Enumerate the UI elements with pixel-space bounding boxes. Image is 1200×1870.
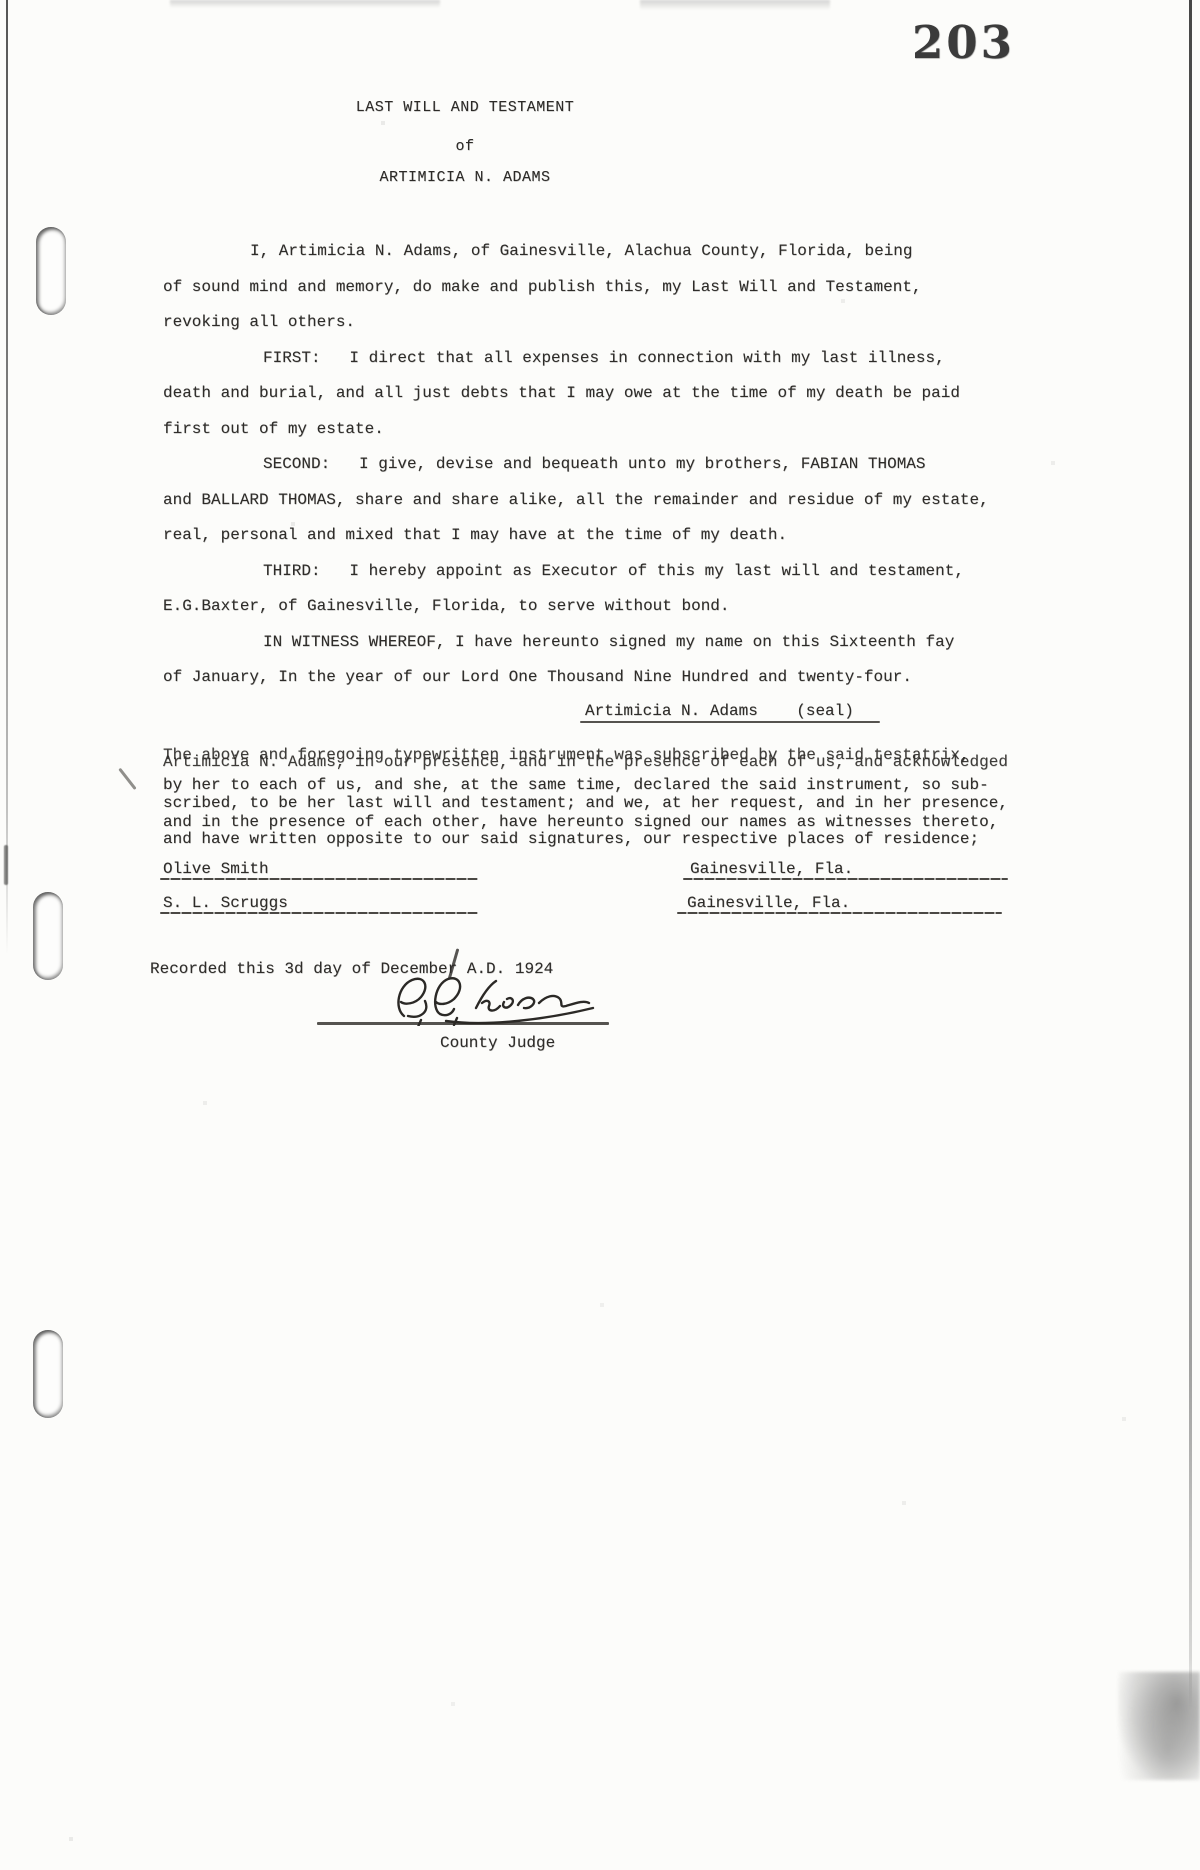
testator-signature: Artimicia N. Adams bbox=[585, 702, 758, 720]
attestation-line: by her to each of us, and she, at the sa… bbox=[163, 777, 989, 795]
will-body-line: IN WITNESS WHEREOF, I have hereunto sign… bbox=[263, 634, 954, 652]
signer-title: County Judge bbox=[440, 1035, 555, 1053]
page-edge-left-dash bbox=[4, 845, 8, 885]
witness-name-underline bbox=[160, 912, 478, 914]
will-body-line: and BALLARD THOMAS, share and share alik… bbox=[163, 492, 989, 510]
document-title: LAST WILL AND TESTAMENT bbox=[0, 99, 930, 116]
will-body-line: of sound mind and memory, do make and pu… bbox=[163, 279, 922, 297]
pen-mark bbox=[118, 768, 136, 790]
seal-label: (seal) bbox=[796, 702, 854, 720]
testator-name-title: ARTIMICIA N. ADAMS bbox=[0, 169, 930, 186]
witness-name: Olive Smith bbox=[163, 861, 269, 879]
will-body-line: of January, In the year of our Lord One … bbox=[163, 669, 912, 687]
corner-smudge bbox=[1118, 1672, 1200, 1780]
punch-hole bbox=[36, 227, 66, 315]
will-body-line: death and burial, and all just debts tha… bbox=[163, 385, 960, 403]
witness-name: S. L. Scruggs bbox=[163, 895, 288, 913]
document-title-of: of bbox=[0, 138, 930, 155]
will-body-line: first out of my estate. bbox=[163, 421, 384, 439]
will-body-line: SECOND: I give, devise and bequeath unto… bbox=[263, 456, 926, 474]
witness-residence: Gainesville, Fla. bbox=[690, 861, 853, 879]
witness-residence-underline bbox=[677, 912, 1002, 914]
testator-signature-underline bbox=[580, 721, 880, 723]
will-body-line: real, personal and mixed that I may have… bbox=[163, 527, 787, 545]
attestation-line: Artimicia N. Adams, in our presence, and… bbox=[163, 754, 1008, 772]
will-body-line: revoking all others. bbox=[163, 314, 355, 332]
witness-residence: Gainesville, Fla. bbox=[687, 895, 850, 913]
will-body-line: E.G.Baxter, of Gainesville, Florida, to … bbox=[163, 598, 730, 616]
witness-name-underline bbox=[160, 878, 478, 880]
punch-hole bbox=[33, 1330, 63, 1418]
scanned-page: 203 LAST WILL AND TESTAMENT of ARTIMICIA… bbox=[0, 0, 1200, 1870]
judge-signature-underline bbox=[317, 1022, 609, 1025]
will-body-line: FIRST: I direct that all expenses in con… bbox=[263, 350, 945, 368]
will-body-line: THIRD: I hereby appoint as Executor of t… bbox=[263, 563, 964, 581]
top-smudge bbox=[170, 0, 440, 8]
handwritten-signature bbox=[388, 972, 603, 1026]
page-number: 203 bbox=[912, 16, 1015, 69]
will-body-line: I, Artimicia N. Adams, of Gainesville, A… bbox=[250, 243, 913, 261]
punch-hole bbox=[33, 892, 63, 980]
paper-speckles bbox=[0, 0, 2, 2]
signature-gap bbox=[758, 702, 796, 720]
testator-signature-line: Artimicia N. Adams (seal) bbox=[585, 703, 854, 721]
page-edge-right bbox=[1189, 0, 1192, 1710]
attestation-line: scribed, to be her last will and testame… bbox=[163, 795, 1008, 813]
attestation-line: and in the presence of each other, have … bbox=[163, 814, 998, 832]
top-smudge bbox=[640, 0, 830, 10]
witness-residence-underline bbox=[683, 878, 1008, 880]
attestation-line: and have written opposite to our said si… bbox=[163, 831, 979, 849]
